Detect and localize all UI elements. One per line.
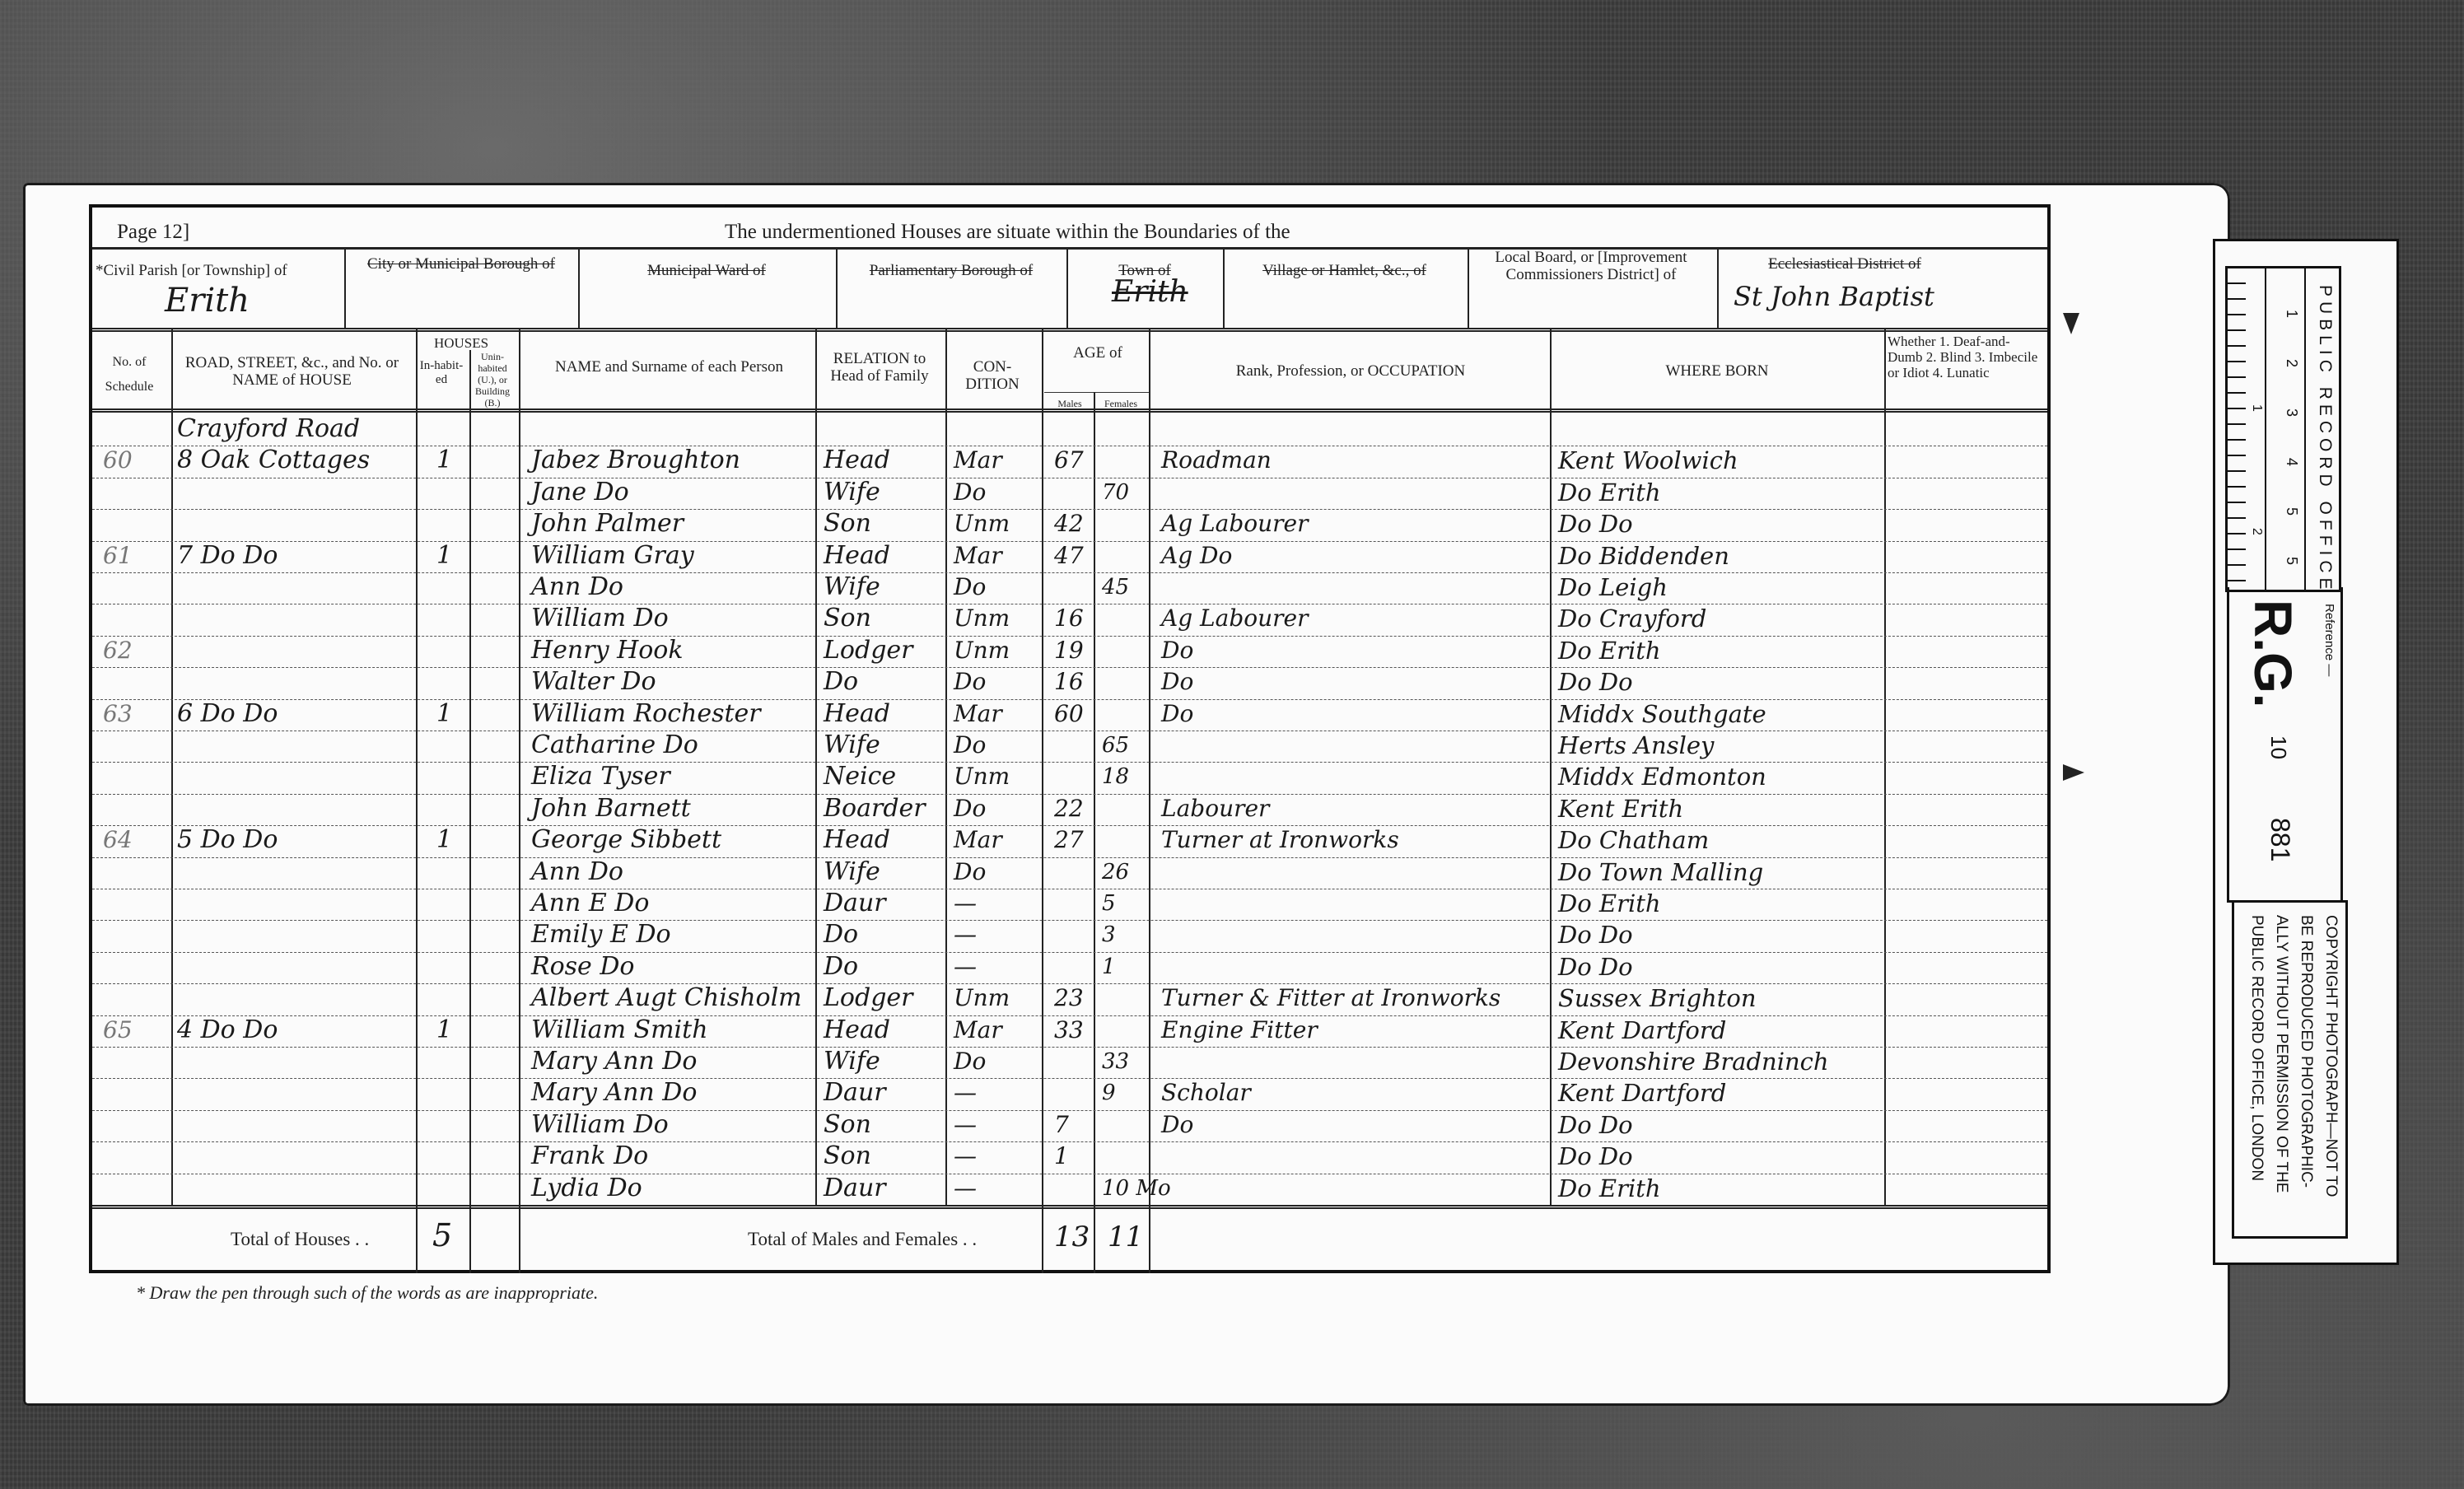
male-age: 7 bbox=[1054, 1109, 1069, 1141]
divider bbox=[92, 1205, 2047, 1209]
schedule-number: 60 bbox=[103, 444, 133, 477]
marital-condition: Unm bbox=[954, 602, 1010, 635]
copyright-box: COPYRIGHT PHOTOGRAPH—NOT TO BE REPRODUCE… bbox=[2232, 900, 2348, 1239]
person-name: Catharine Do bbox=[531, 729, 698, 762]
divider bbox=[836, 249, 838, 328]
where-born: Sussex Brighton bbox=[1558, 982, 1757, 1015]
where-born: Do Crayford bbox=[1558, 602, 1706, 635]
divider bbox=[1066, 249, 1068, 328]
ruler-box: 1 2 3 4 5 5 1 2 PUBLIC RECORD OFFICE bbox=[2225, 266, 2341, 592]
copyright-line: PUBLIC RECORD OFFICE, LONDON bbox=[2247, 915, 2266, 1181]
where-born: Kent Woolwich bbox=[1558, 444, 1738, 477]
male-age: 19 bbox=[1054, 634, 1084, 667]
total-houses-label: Total of Houses . . bbox=[231, 1229, 369, 1250]
schedule-number: 65 bbox=[103, 1014, 133, 1047]
relation-to-head: Son bbox=[824, 1140, 871, 1173]
person-name: Jabez Broughton bbox=[531, 444, 740, 477]
person-name: Emily E Do bbox=[531, 918, 671, 951]
occupation: Do bbox=[1161, 1109, 1193, 1141]
relation-to-head: Wife bbox=[824, 476, 880, 509]
person-name: Ann Do bbox=[531, 856, 623, 889]
male-age: 1 bbox=[1054, 1140, 1069, 1173]
class-number: 10 bbox=[2266, 735, 2291, 759]
marital-condition: — bbox=[954, 1076, 977, 1109]
occupation: Roadman bbox=[1161, 444, 1272, 477]
ruler-number: 4 bbox=[2283, 458, 2300, 466]
where-born: Middx Southgate bbox=[1558, 698, 1766, 730]
inch-mark: 1 bbox=[2249, 404, 2264, 412]
marital-condition: Mar bbox=[954, 698, 1002, 730]
person-name: William Gray bbox=[531, 539, 694, 572]
male-age: 47 bbox=[1054, 539, 1084, 572]
row-rule bbox=[92, 478, 2047, 478]
marital-condition: Unm bbox=[954, 982, 1010, 1015]
col-header-where-born: WHERE BORN bbox=[1552, 362, 1882, 380]
public-record-office-title: PUBLIC RECORD OFFICE bbox=[2315, 285, 2335, 595]
male-age: 16 bbox=[1054, 665, 1084, 698]
person-name: Eliza Tyser bbox=[531, 760, 670, 793]
relation-to-head: Head bbox=[824, 1014, 890, 1047]
marital-condition: Do bbox=[954, 792, 986, 825]
ruler-number: 1 bbox=[2283, 310, 2300, 318]
female-age: 70 bbox=[1102, 476, 1129, 509]
female-age: 3 bbox=[1102, 918, 1116, 951]
marital-condition: — bbox=[954, 950, 977, 983]
relation-to-head: Head bbox=[824, 539, 890, 572]
row-rule bbox=[92, 889, 2047, 889]
relation-to-head: Son bbox=[824, 507, 871, 540]
person-name: Walter Do bbox=[531, 665, 656, 698]
person-name: John Barnett bbox=[531, 792, 691, 825]
marital-condition: — bbox=[954, 1140, 977, 1173]
margin-arrow-icon bbox=[2063, 313, 2079, 334]
relation-to-head: Neice bbox=[824, 760, 896, 793]
male-age: 60 bbox=[1054, 698, 1084, 730]
female-age: 33 bbox=[1102, 1045, 1129, 1078]
schedule-number: 61 bbox=[103, 539, 133, 572]
person-name: Jane Do bbox=[531, 476, 629, 509]
person-name: William Do bbox=[531, 602, 669, 635]
relation-to-head: Son bbox=[824, 602, 871, 635]
inhabited-count: 1 bbox=[436, 698, 452, 730]
person-name: Mary Ann Do bbox=[531, 1076, 697, 1109]
occupation: Scholar bbox=[1161, 1076, 1251, 1109]
relation-to-head: Wife bbox=[824, 1045, 880, 1078]
occupation: Labourer bbox=[1161, 792, 1269, 825]
occupation: Do bbox=[1161, 665, 1193, 698]
marital-condition: — bbox=[954, 1172, 977, 1205]
marital-condition: Unm bbox=[954, 634, 1010, 667]
where-born: Herts Ansley bbox=[1558, 729, 1714, 762]
boundary-label-ecclesiastical: Ecclesiastical District of bbox=[1721, 255, 1968, 273]
col-header-name: NAME and Surname of each Person bbox=[527, 358, 811, 376]
person-name: Frank Do bbox=[531, 1140, 648, 1173]
relation-to-head: Head bbox=[824, 444, 890, 477]
person-name: John Palmer bbox=[531, 507, 684, 540]
boundary-label-city: City or Municipal Borough of bbox=[350, 255, 572, 273]
relation-to-head: Do bbox=[824, 950, 858, 983]
col-header-age: AGE of bbox=[1044, 344, 1151, 362]
marital-condition: Mar bbox=[954, 1014, 1002, 1047]
boundary-label-parliamentary: Parliamentary Borough of bbox=[840, 262, 1062, 279]
female-age: 1 bbox=[1102, 950, 1116, 983]
female-age: 18 bbox=[1102, 760, 1129, 793]
copyright-line: BE REPRODUCED PHOTOGRAPHIC- bbox=[2297, 915, 2315, 1188]
relation-to-head: Daur bbox=[824, 887, 886, 920]
row-rule bbox=[92, 1078, 2047, 1079]
total-females-value: 11 bbox=[1108, 1221, 1143, 1253]
occupation: Engine Fitter bbox=[1161, 1014, 1318, 1047]
divider bbox=[1717, 249, 1719, 328]
relation-to-head: Head bbox=[824, 824, 890, 857]
boundary-value-ecclesiastical: St John Baptist bbox=[1734, 280, 1934, 313]
reference-strip: 1 2 3 4 5 5 1 2 PUBLIC RECORD OFFICE R.G… bbox=[2213, 239, 2399, 1265]
person-name: Albert Augt Chisholm bbox=[531, 982, 802, 1015]
person-name: Rose Do bbox=[531, 950, 634, 983]
female-age: 65 bbox=[1102, 729, 1129, 762]
road-address: 4 Do Do bbox=[177, 1014, 278, 1047]
where-born: Do Do bbox=[1558, 507, 1633, 540]
male-age: 16 bbox=[1054, 602, 1084, 635]
marital-condition: Unm bbox=[954, 760, 1010, 793]
female-age: 9 bbox=[1102, 1076, 1116, 1109]
row-rule bbox=[92, 1141, 2047, 1142]
female-age: 45 bbox=[1102, 571, 1129, 604]
occupation: Turner at Ironworks bbox=[1161, 824, 1399, 857]
relation-to-head: Head bbox=[824, 698, 890, 730]
margin-arrow-icon bbox=[2063, 764, 2084, 781]
divider bbox=[92, 328, 2047, 332]
where-born: Do Biddenden bbox=[1558, 539, 1729, 572]
boundaries-title: The undermentioned Houses are situate wi… bbox=[725, 221, 1290, 244]
col-header-occupation: Rank, Profession, or OCCUPATION bbox=[1153, 362, 1548, 380]
marital-condition: Mar bbox=[954, 824, 1002, 857]
boundary-label-ward: Municipal Ward of bbox=[583, 262, 830, 279]
col-header-relation: RELATION to Head of Family bbox=[818, 350, 941, 385]
piece-number: 881 bbox=[2265, 818, 2295, 861]
road-address: 7 Do Do bbox=[177, 539, 278, 572]
where-born: Do Town Malling bbox=[1558, 856, 1763, 889]
copyright-line: ALLY WITHOUT PERMISSION OF THE bbox=[2272, 915, 2290, 1193]
where-born: Do Erith bbox=[1558, 887, 1661, 920]
where-born: Kent Erith bbox=[1558, 792, 1683, 825]
marital-condition: Do bbox=[954, 665, 986, 698]
male-age: 23 bbox=[1054, 982, 1084, 1015]
marital-condition: Do bbox=[954, 856, 986, 889]
marital-condition: Do bbox=[954, 1045, 986, 1078]
person-name: William Rochester bbox=[531, 698, 761, 730]
row-rule bbox=[92, 952, 2047, 953]
row-rule bbox=[92, 1174, 2047, 1174]
marital-condition: Do bbox=[954, 571, 986, 604]
person-name: William Smith bbox=[531, 1014, 708, 1047]
total-houses-value: 5 bbox=[432, 1219, 452, 1252]
schedule-number: 63 bbox=[103, 698, 133, 730]
road-address: 6 Do Do bbox=[177, 698, 278, 730]
occupation: Ag Labourer bbox=[1161, 507, 1309, 540]
ruler-ticks bbox=[2228, 268, 2266, 590]
marital-condition: — bbox=[954, 1109, 977, 1141]
where-born: Middx Edmonton bbox=[1558, 760, 1766, 793]
person-name: Mary Ann Do bbox=[531, 1045, 697, 1078]
relation-to-head: Boarder bbox=[824, 792, 926, 825]
ruler-number: 2 bbox=[2283, 359, 2300, 367]
where-born: Do Do bbox=[1558, 1109, 1633, 1141]
inch-mark: 2 bbox=[2249, 528, 2264, 535]
boundary-value-civil-parish: Erith bbox=[165, 284, 250, 317]
where-born: Do Erith bbox=[1558, 476, 1661, 509]
page-label: Page 12] bbox=[117, 221, 189, 244]
row-rule bbox=[92, 1110, 2047, 1111]
row-rule bbox=[92, 920, 2047, 921]
occupation: Do bbox=[1161, 698, 1193, 730]
occupation: Turner & Fitter at Ironworks bbox=[1161, 982, 1500, 1015]
where-born: Do Do bbox=[1558, 950, 1633, 983]
total-males-value: 13 bbox=[1054, 1221, 1090, 1253]
female-age: 5 bbox=[1102, 887, 1116, 920]
relation-to-head: Wife bbox=[824, 571, 880, 604]
col-header-schedule: No. of Schedule bbox=[92, 350, 166, 399]
person-name: George Sibbett bbox=[531, 824, 721, 857]
occupation: Do bbox=[1161, 634, 1193, 667]
relation-to-head: Do bbox=[824, 665, 858, 698]
footnote: * Draw the pen through such of the words… bbox=[136, 1282, 598, 1304]
divider bbox=[344, 249, 346, 328]
occupation: Ag Labourer bbox=[1161, 602, 1309, 635]
boundary-label-local-board: Local Board, or [Improvement Commissione… bbox=[1472, 249, 1710, 283]
ruler-number: 5 bbox=[2283, 557, 2300, 565]
inhabited-count: 1 bbox=[436, 824, 452, 857]
divider bbox=[1044, 392, 1150, 393]
marital-condition: — bbox=[954, 918, 977, 951]
person-name: Lydia Do bbox=[531, 1172, 642, 1205]
male-age: 42 bbox=[1054, 507, 1084, 540]
boundary-label-civil-parish: *Civil Parish [or Township] of bbox=[96, 262, 343, 279]
schedule-number: 64 bbox=[103, 824, 133, 857]
male-age: 67 bbox=[1054, 444, 1084, 477]
inhabited-count: 1 bbox=[436, 444, 452, 477]
male-age: 27 bbox=[1054, 824, 1084, 857]
where-born: Do Leigh bbox=[1558, 571, 1668, 604]
female-age: 10 Mo bbox=[1102, 1172, 1171, 1205]
ruler-number: 5 bbox=[2283, 507, 2300, 516]
inhabited-count: 1 bbox=[436, 539, 452, 572]
marital-condition: Unm bbox=[954, 507, 1010, 540]
reference-label: Reference — bbox=[2322, 604, 2336, 676]
where-born: Do Erith bbox=[1558, 1172, 1661, 1205]
where-born: Do Erith bbox=[1558, 634, 1661, 667]
boundary-value-town: Erith bbox=[1112, 276, 1188, 309]
person-name: Ann Do bbox=[531, 571, 623, 604]
relation-to-head: Do bbox=[824, 918, 858, 951]
divider bbox=[578, 249, 580, 328]
marital-condition: Mar bbox=[954, 444, 1002, 477]
person-name: Henry Hook bbox=[531, 634, 684, 667]
where-born: Do Chatham bbox=[1558, 824, 1709, 857]
col-header-houses: HOUSES bbox=[416, 334, 506, 352]
occupation: Ag Do bbox=[1161, 539, 1232, 572]
where-born: Devonshire Bradninch bbox=[1558, 1045, 1829, 1078]
male-age: 22 bbox=[1054, 792, 1084, 825]
col-header-condition: CON-DITION bbox=[947, 358, 1038, 393]
total-persons-label: Total of Males and Females . . bbox=[748, 1229, 977, 1250]
road-address: Crayford Road bbox=[177, 413, 360, 446]
where-born: Do Do bbox=[1558, 918, 1633, 951]
relation-to-head: Wife bbox=[824, 729, 880, 762]
col-header-inhabited: In-habit-ed bbox=[416, 359, 467, 387]
ruler-number: 3 bbox=[2283, 408, 2300, 417]
female-age: 26 bbox=[1102, 856, 1129, 889]
male-age: 33 bbox=[1054, 1014, 1084, 1047]
relation-to-head: Daur bbox=[824, 1076, 886, 1109]
inhabited-count: 1 bbox=[436, 1014, 452, 1047]
row-rule bbox=[92, 730, 2047, 731]
where-born: Kent Dartford bbox=[1558, 1076, 1726, 1109]
marital-condition: — bbox=[954, 887, 977, 920]
where-born: Do Do bbox=[1558, 1140, 1633, 1173]
copyright-line: COPYRIGHT PHOTOGRAPH—NOT TO bbox=[2322, 915, 2340, 1197]
col-header-uninhabited: Unin-habited (U.), or Building (B.) bbox=[471, 351, 514, 408]
person-name: William Do bbox=[531, 1109, 669, 1141]
divider bbox=[92, 408, 2047, 413]
col-header-infirmity: Whether 1. Deaf-and-Dumb 2. Blind 3. Imb… bbox=[1888, 334, 2044, 380]
relation-to-head: Lodger bbox=[824, 634, 913, 667]
row-rule bbox=[92, 572, 2047, 573]
relation-to-head: Son bbox=[824, 1109, 871, 1141]
series-code: R.G. bbox=[2242, 600, 2303, 708]
marital-condition: Do bbox=[954, 476, 986, 509]
where-born: Do Do bbox=[1558, 665, 1633, 698]
person-name: Ann E Do bbox=[531, 887, 649, 920]
divider bbox=[1223, 249, 1225, 328]
divider bbox=[92, 247, 2047, 250]
divider bbox=[1468, 249, 1469, 328]
boundary-label-village: Village or Hamlet, &c., of bbox=[1227, 262, 1462, 279]
road-address: 5 Do Do bbox=[177, 824, 278, 857]
road-address: 8 Oak Cottages bbox=[177, 444, 370, 477]
where-born: Kent Dartford bbox=[1558, 1014, 1726, 1047]
marital-condition: Do bbox=[954, 729, 986, 762]
relation-to-head: Wife bbox=[824, 856, 880, 889]
schedule-number: 62 bbox=[103, 634, 133, 667]
relation-to-head: Daur bbox=[824, 1172, 886, 1205]
marital-condition: Mar bbox=[954, 539, 1002, 572]
col-header-road: ROAD, STREET, &c., and No. or NAME of HO… bbox=[175, 354, 409, 389]
relation-to-head: Lodger bbox=[824, 982, 913, 1015]
reference-box: R.G. Reference — 10 881 bbox=[2227, 587, 2343, 903]
